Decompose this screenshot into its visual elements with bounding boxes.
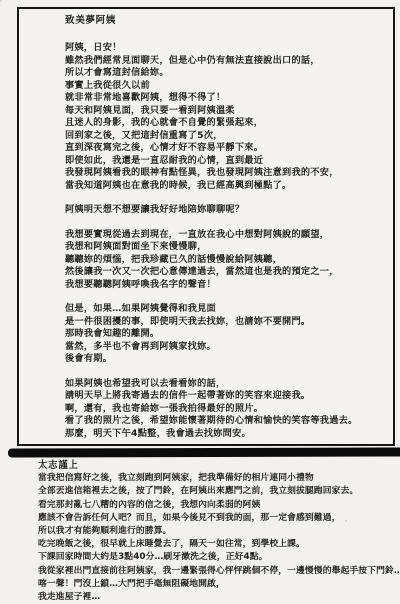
- letter-line: 且迷人的身影，我的心就會不自覺的緊張起來，: [65, 117, 389, 130]
- letter-paragraph: 如果阿姨也希望我可以去看看妳的話， 請明天早上將我寄過去的信件一起帶著妳的笑容來…: [65, 378, 389, 441]
- letter-line: 是一件很困擾的事，即使明天我去找妳，也請妳不要開門。: [65, 316, 389, 329]
- letter-line: 雖然我們經常見面聊天，但是心中仍有無法直接說出口的話，: [65, 55, 389, 68]
- letter-line: 當我知道阿姨也在意我的時候，我已經高興到極點了。: [65, 180, 389, 193]
- letter-line: 每天和阿姨見面，我只要一看到阿姨溫柔: [65, 105, 389, 118]
- afterword-line: 下課回家時間大約是3點40分…刷牙漱洗之後，正好4點。: [38, 551, 396, 564]
- letter-line: 回到家之後，又把這封信重寫了5次，: [65, 130, 389, 143]
- letter-line: 那麼，明天下午4點整，我會過去找妳問安。: [65, 428, 389, 441]
- letter-paragraph: 我想要實現從過去到現在，一直放在我心中想對阿姨說的願望， 我想和阿姨面對面坐下來…: [65, 229, 389, 292]
- afterword-line: 所以我才有能夠順利進行的勝算。: [38, 525, 396, 538]
- afterword-line: 當我把信寫好之後，我立刻跑到阿姨家，把我準備好的相片連同小禮物: [38, 472, 396, 485]
- afterword-line: 我走進屋子裡…: [38, 591, 396, 604]
- letter-line: 但是，如果…如果阿姨覺得和我見面: [65, 303, 389, 316]
- letter-line: 然後讓我一次又一次把心意傳達過去，當然這也是我的預定之一，: [65, 266, 389, 279]
- letter-line: 我想要聽聽阿姨呼喚我名字的聲音！: [65, 279, 389, 292]
- afterword-narration: 太志謹上 當我把信寫好之後，我立刻跑到阿姨家，把我準備好的相片連同小禮物 全部丟…: [38, 459, 396, 604]
- afterword-line: 應該不會告訴任何人吧？而且，如果今後見不到我的面，那一定會感到難過，: [38, 512, 396, 525]
- letter-line: 我想和阿姨面對面坐下來慢慢聊，: [65, 241, 389, 254]
- afterword-line: 看完那封亂七八糟的內容的信之後，我想內向柔弱的阿姨: [38, 499, 396, 512]
- letter-line: 就非常非常地喜歡阿姨，想得不得了！: [65, 92, 389, 105]
- letter-line: 我發現阿姨看我的眼神有點怪異，我也發現阿姨注意到我的不安，: [65, 167, 389, 180]
- letter-line: 所以才會寫這封信給妳。: [65, 67, 389, 80]
- afterword-line: 吃完晚飯之後，很早就上床睡覺去了，隔天一如往常，到學校上課。: [38, 538, 396, 551]
- letter-line: 後會有期。: [65, 353, 389, 366]
- letter-line: 阿姨，日安！: [65, 42, 389, 55]
- letter-paragraph: 阿姨明天想不想要讓我好好地陪妳聊聊呢？: [65, 204, 389, 217]
- scanned-letter-page: 致美夢阿姨 阿姨，日安！ 雖然我們經常見面聊天，但是心中仍有無法直接說出口的話，…: [0, 0, 400, 604]
- letter-line: 請明天早上將我寄過去的信件一起帶著妳的笑容來迎接我。: [65, 390, 389, 403]
- letter-line: 那時我會知趣的離開。: [65, 328, 389, 341]
- letter-panel-frame: 致美夢阿姨 阿姨，日安！ 雖然我們經常見面聊天，但是心中仍有無法直接說出口的話，…: [17, 7, 395, 446]
- letter-line: 聽聽妳的煩惱，把我珍藏已久的話慢慢說給阿姨聽，: [65, 254, 389, 267]
- scan-noise: [0, 0, 2, 2]
- letter-line: 事實上我從很久以前: [65, 80, 389, 93]
- letter-body: 致美夢阿姨 阿姨，日安！ 雖然我們經常見面聊天，但是心中仍有無法直接說出口的話，…: [65, 14, 389, 452]
- afterword-line: 我從家裡出門直接前往阿姨家，我一邊緊張得心怦怦跳個不停，一邊慢慢的舉起手按下門鈴…: [38, 565, 396, 578]
- letter-line: 看了我的照片之後，希望妳能懷著期待的心情和愉快的笑容等我過去。: [65, 415, 389, 428]
- letter-line: 如果阿姨也希望我可以去看看妳的話，: [65, 378, 389, 391]
- letter-paragraph: 阿姨，日安！ 雖然我們經常見面聊天，但是心中仍有無法直接說出口的話， 所以才會寫…: [65, 42, 389, 192]
- afterword-line: 喀一聲！門沒上鎖…大門把手毫無阻礙地開啟，: [38, 578, 396, 591]
- letter-line: 啊，還有，我也寄給妳一張我拍得最好的照片。: [65, 403, 389, 416]
- letter-paragraph: 但是，如果…如果阿姨覺得和我見面 是一件很困擾的事，即使明天我去找妳，也請妳不要…: [65, 303, 389, 366]
- letter-line: 我想要實現從過去到現在，一直放在我心中想對阿姨說的願望，: [65, 229, 389, 242]
- letter-line: 阿姨明天想不想要讓我好好地陪妳聊聊呢？: [65, 204, 389, 217]
- letter-line: 直到深夜寫完之後，心情才好不容易平靜下來。: [65, 142, 389, 155]
- letter-title: 致美夢阿姨: [65, 14, 389, 28]
- afterword-line: 全部丟進信箱裡去之後，按了門鈴，在阿姨出來應門之前，我立刻拔腿跑回家去。: [38, 485, 396, 498]
- panel-divider-bar: [8, 447, 400, 457]
- letter-line: 當然，多半也不會再到阿姨家找妳。: [65, 341, 389, 354]
- letter-line: 即使如此，我還是一直忍耐我的心情，直到最近: [65, 155, 389, 168]
- letter-signature: 太志謹上: [38, 459, 396, 472]
